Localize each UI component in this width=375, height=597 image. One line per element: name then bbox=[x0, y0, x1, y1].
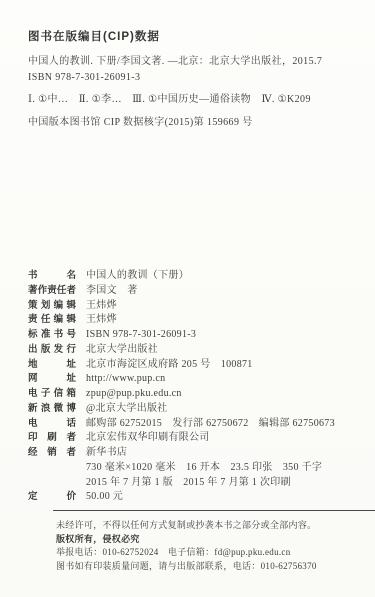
colophon-row: 书名中国人的教训（下册） bbox=[28, 269, 375, 284]
colophon-label: 经销者 bbox=[28, 446, 76, 461]
colophon-row: 地址北京市海淀区成府路 205 号 100871 bbox=[28, 358, 375, 373]
footer-rights: 版权所有，侵权必究 bbox=[56, 533, 369, 547]
colophon-value: 王炜烨 bbox=[86, 313, 117, 328]
colophon-row: 著作责任者李国文 著 bbox=[28, 284, 375, 299]
cip-section: 图书在版编目(CIP)数据 中国人的教训. 下册/李国文著. —北京：北京大学出… bbox=[28, 30, 375, 130]
footer-section: 未经许可，不得以任何方式复制或抄袭本书之部分或全部内容。 版权所有，侵权必究 举… bbox=[53, 510, 375, 573]
colophon-label: 印刷者 bbox=[28, 431, 76, 446]
cip-record-line: 中国版本图书馆 CIP 数据核字(2015)第 159669 号 bbox=[28, 115, 375, 131]
colophon-row: 网址http://www.pup.cn bbox=[28, 372, 375, 387]
colophon-label: 书名 bbox=[28, 269, 76, 284]
colophon-value: 北京市海淀区成府路 205 号 100871 bbox=[86, 358, 253, 373]
cip-classification-line: Ⅰ. ①中… Ⅱ. ①李… Ⅲ. ①中国历史—通俗读物 Ⅳ. ①K209 bbox=[28, 92, 375, 108]
colophon-label: 电话 bbox=[28, 417, 76, 432]
colophon-label: 标准书号 bbox=[28, 328, 76, 343]
colophon-value: 邮购部 62752015 发行部 62750672 编辑部 62750673 bbox=[86, 417, 335, 432]
colophon-value: http://www.pup.cn bbox=[86, 372, 165, 387]
colophon-value: zpup@pup.pku.edu.cn bbox=[86, 387, 182, 402]
colophon-row: 定价50.00 元 bbox=[28, 490, 375, 505]
colophon-label: 责任编辑 bbox=[28, 313, 76, 328]
colophon-value: @北京大学出版社 bbox=[86, 402, 168, 417]
colophon-row: 印刷者北京宏伟双华印刷有限公司 bbox=[28, 431, 375, 446]
colophon-section: 书名中国人的教训（下册）著作责任者李国文 著策划编辑王炜烨责任编辑王炜烨标准书号… bbox=[28, 269, 375, 505]
colophon-row: 出版发行北京大学出版社 bbox=[28, 343, 375, 358]
cip-isbn-line: ISBN 978-7-301-26091-3 bbox=[28, 70, 375, 86]
colophon-row: 电子信箱zpup@pup.pku.edu.cn bbox=[28, 387, 375, 402]
footer-quality: 图书如有印装质量问题，请与出版部联系，电话：010-62756370 bbox=[56, 560, 369, 574]
colophon-row: 2015 年 7 月第 1 版 2015 年 7 月第 1 次印刷 bbox=[28, 476, 375, 491]
colophon-row: 经销者新华书店 bbox=[28, 446, 375, 461]
colophon-value: 50.00 元 bbox=[86, 490, 123, 505]
colophon-value: 730 毫米×1020 毫米 16 开本 23.5 印张 350 千字 bbox=[86, 461, 322, 476]
cip-title-line: 中国人的教训. 下册/李国文著. —北京：北京大学出版社，2015.7 bbox=[28, 54, 375, 70]
colophon-value: 李国文 著 bbox=[86, 284, 138, 299]
colophon-label: 电子信箱 bbox=[28, 387, 76, 402]
colophon-value: 北京宏伟双华印刷有限公司 bbox=[86, 431, 210, 446]
colophon-row: 电话邮购部 62752015 发行部 62750672 编辑部 62750673 bbox=[28, 417, 375, 432]
colophon-value: 新华书店 bbox=[86, 446, 127, 461]
footer-report: 举报电话：010-62752024 电子信箱：fd@pup.pku.edu.cn bbox=[56, 546, 369, 560]
colophon-row: 责任编辑王炜烨 bbox=[28, 313, 375, 328]
colophon-label: 定价 bbox=[28, 490, 76, 505]
cip-heading: 图书在版编目(CIP)数据 bbox=[28, 30, 375, 45]
colophon-label: 地址 bbox=[28, 358, 76, 373]
colophon-label: 出版发行 bbox=[28, 343, 76, 358]
colophon-row: 730 毫米×1020 毫米 16 开本 23.5 印张 350 千字 bbox=[28, 461, 375, 476]
colophon-label: 新浪微博 bbox=[28, 402, 76, 417]
colophon-value: 北京大学出版社 bbox=[86, 343, 158, 358]
colophon-value: 王炜烨 bbox=[86, 299, 117, 314]
colophon-label: 著作责任者 bbox=[28, 284, 76, 299]
colophon-row: 策划编辑王炜烨 bbox=[28, 299, 375, 314]
colophon-value: 中国人的教训（下册） bbox=[86, 269, 189, 284]
book-copyright-page: 图书在版编目(CIP)数据 中国人的教训. 下册/李国文著. —北京：北京大学出… bbox=[0, 0, 375, 597]
footer-notice: 未经许可，不得以任何方式复制或抄袭本书之部分或全部内容。 bbox=[56, 519, 369, 533]
colophon-label: 网址 bbox=[28, 372, 76, 387]
colophon-value: ISBN 978-7-301-26091-3 bbox=[86, 328, 196, 343]
colophon-label: 策划编辑 bbox=[28, 299, 76, 314]
colophon-row: 标准书号ISBN 978-7-301-26091-3 bbox=[28, 328, 375, 343]
colophon-value: 2015 年 7 月第 1 版 2015 年 7 月第 1 次印刷 bbox=[86, 476, 291, 491]
colophon-row: 新浪微博@北京大学出版社 bbox=[28, 402, 375, 417]
